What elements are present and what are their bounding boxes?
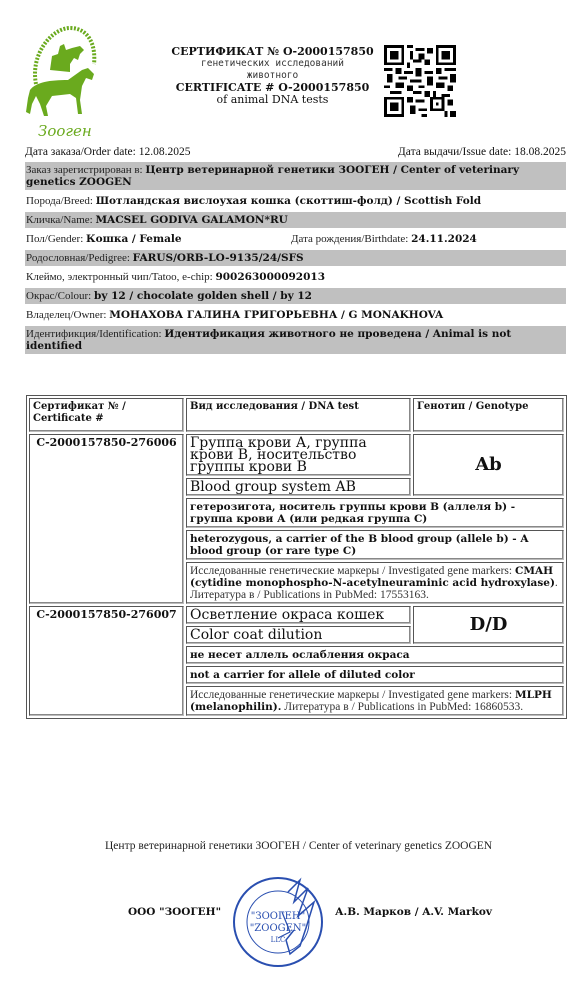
name-row: Кличка/Name: MACSEL GODIVA GALAMON*RU — [25, 212, 566, 228]
breed-row: Порода/Breed: Шотландская вислоухая кошк… — [25, 193, 566, 209]
pedigree-row: Родословная/Pedigree: FARUS/ORB-LO-9135/… — [25, 250, 566, 266]
owner-row: Владелец/Owner: МОНАХОВА ГАЛИНА ГРИГОРЬЕ… — [25, 307, 566, 323]
dna-results-table: Сертификат № / Certificate # Вид исследо… — [26, 395, 567, 719]
dates-row: Дата заказа/Order date: 12.08.2025 Дата … — [25, 144, 566, 162]
animal-info: Дата заказа/Order date: 12.08.2025 Дата … — [25, 144, 566, 357]
svg-text:"ZOOGEN": "ZOOGEN" — [250, 923, 307, 934]
genotype-value: D/D — [413, 606, 564, 644]
table-header: Сертификат № / Certificate # Вид исследо… — [29, 398, 564, 432]
gender: Пол/Gender: Кошка / Female — [26, 233, 291, 245]
subtitle-ru-1: генетических исследований — [160, 58, 385, 70]
birthdate: Дата рождения/Birthdate: 24.11.2024 — [291, 233, 477, 245]
table-row: C-2000157850-276006 Группа крови А, груп… — [29, 434, 564, 476]
table-row: C-2000157850-276007 Осветление окраса ко… — [29, 606, 564, 624]
header-certificate: Сертификат № / Certificate # — [29, 398, 184, 432]
result-en: heterozygous, a carrier of the B blood g… — [186, 530, 564, 560]
issue-date: Дата выдачи/Issue date: 18.08.2025 — [398, 144, 566, 162]
gene-markers: Исследованные генетические маркеры / Inv… — [186, 562, 564, 604]
svg-text:LLC: LLC — [271, 936, 286, 944]
svg-text:Зооген: Зооген — [38, 122, 92, 140]
certificate-number: C-2000157850-276006 — [29, 434, 184, 604]
result-en: not a carrier for allele of diluted colo… — [186, 666, 564, 684]
result-ru: гетерозигота, носитель группы крови В (а… — [186, 498, 564, 528]
certificate-title: СЕРТИФИКАТ № О-2000157850 генетических и… — [160, 46, 385, 106]
signer-name: А.В. Марков / A.V. Markov — [335, 906, 492, 918]
genotype-value: Ab — [413, 434, 564, 496]
gene-markers: Исследованные генетические маркеры / Inv… — [186, 686, 564, 716]
header-dna-test: Вид исследования / DNA test — [186, 398, 411, 432]
subtitle-en: of animal DNA tests — [160, 94, 385, 106]
test-name-en: Color coat dilution — [186, 626, 411, 644]
zoogen-logo: Зооген — [22, 24, 104, 140]
registered-row: Заказ зарегистрирован в: Центр ветеринар… — [25, 162, 566, 190]
stamp-icon: "ЗООГЕН" "ZOOGEN" LLC — [228, 872, 328, 972]
gender-birthdate-row: Пол/Gender: Кошка / Female Дата рождения… — [25, 231, 566, 247]
organization-name: ООО "ЗООГЕН" — [128, 906, 221, 918]
test-name-ru: Группа крови А, группа крови В, носитель… — [186, 434, 411, 476]
center-name: Центр ветеринарной генетики ЗООГЕН / Cen… — [105, 840, 492, 852]
identification-row: Идентификция/Identification: Идентификац… — [25, 326, 566, 354]
chip-row: Клеймо, электронный чип/Tatoo, e-chip: 9… — [25, 269, 566, 285]
order-date: Дата заказа/Order date: 12.08.2025 — [25, 144, 190, 162]
title-ru: СЕРТИФИКАТ № О-2000157850 — [160, 46, 385, 58]
qr-code-icon — [384, 45, 456, 117]
test-name-ru: Осветление окраса кошек — [186, 606, 411, 624]
test-name-en: Blood group system AB — [186, 478, 411, 496]
colour-row: Окрас/Colour: by 12 / chocolate golden s… — [25, 288, 566, 304]
certificate-number: C-2000157850-276007 — [29, 606, 184, 716]
header-genotype: Генотип / Genotype — [413, 398, 564, 432]
result-ru: не несет аллель ослабления окраса — [186, 646, 564, 664]
